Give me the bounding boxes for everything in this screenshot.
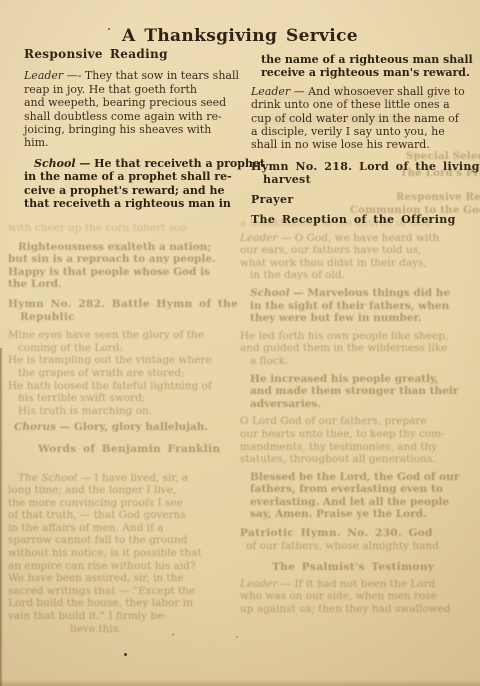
text-block: Leader — O God, we have heard withour ea… <box>240 232 468 282</box>
speaker-label: The School <box>18 472 77 484</box>
text-line: The School — I have lived, sir, a <box>8 472 236 485</box>
line-text: an empire can rise without his aid? <box>8 560 196 572</box>
line-text: sparrow cannot fall to the ground <box>8 534 188 546</box>
line-text: a disciple, verily I say unto you, he <box>251 125 445 138</box>
text-line: Hymn No. 218. Lord of the living <box>251 160 469 173</box>
line-text: the grapes of wrath are stored; <box>18 367 185 379</box>
line-text: everlasting. And let all the people <box>250 496 449 508</box>
text-line: reap in joy. He that goeth forth <box>24 83 238 96</box>
line-text: who was on our side, when men rose <box>240 590 437 602</box>
text-line: School — Marvelous things did he <box>240 287 468 300</box>
line-text: fathers, from everlasting even to <box>250 483 443 495</box>
text-line: a flock. <box>240 355 468 368</box>
line-text: drink unto one of these little ones a <box>251 98 450 111</box>
text-line: We have been assured, sir, in the <box>8 572 236 585</box>
line-text: — Marvelous things did he <box>290 287 450 299</box>
page-bottom-edge-shadow <box>0 679 480 686</box>
text-line: with cheer up the corn tobert son <box>8 222 236 235</box>
text-line: Leader — O God, we have heard with <box>240 232 468 245</box>
line-text: Words of Benjamin Franklin <box>38 443 220 455</box>
line-text: — If it had not been the Lord <box>277 578 435 590</box>
text-line: mandments, thy testimonies, and thy <box>240 441 468 454</box>
text-line: everlasting. And let all the people <box>240 496 468 509</box>
responsive-reading-heading: Responsive Reading <box>24 48 238 61</box>
line-text: his terrible swift sword; <box>18 392 145 404</box>
line-text: mandments, thy testimonies, and thy <box>240 441 437 453</box>
text-block: The School — I have lived, sir, along ti… <box>8 472 236 636</box>
text-line: our hearts unto thee, to keep thy com- <box>240 428 468 441</box>
text-line: Lord build the house, they labor in <box>8 597 236 610</box>
line-text: Patriotic Hymn. No. 230. God <box>240 527 433 539</box>
text-line: The Psalmist's Testimony <box>240 561 468 574</box>
text-line: He led forth his own people like sheep, <box>240 330 468 343</box>
text-block: O Lord God of our fathers, prepareour he… <box>240 415 468 465</box>
text-line: long time; and the longer I live, <box>8 484 236 497</box>
line-text: harvest <box>263 173 311 186</box>
text-block: He increased his people greatly,and made… <box>240 373 468 411</box>
text-line: and weepeth, bearing precious seed <box>24 96 238 109</box>
line-text: with cheer up the corn tobert son <box>8 222 187 234</box>
ink-speck <box>172 633 174 636</box>
text-line: Leader —- They that sow in tears shall <box>24 69 238 82</box>
line-text: in the days of old. <box>250 269 345 281</box>
line-text: O Lord God of our fathers, prepare <box>240 415 427 427</box>
line-text: coming of the Lord: <box>18 342 123 354</box>
text-line: Patriotic Hymn. No. 230. God <box>240 527 468 540</box>
text-block: Blessed be the Lord, the God of ourfathe… <box>240 471 468 521</box>
text-block: Leader —- They that sow in tears shallre… <box>24 69 238 149</box>
text-line: Prayer <box>251 193 469 206</box>
line-text: He increased his people greatly, <box>250 373 439 385</box>
text-line: our ears, our fathers have told us, <box>240 244 468 257</box>
line-text: him. <box>24 136 49 149</box>
line-text: Republic <box>20 311 75 323</box>
line-text: statutes, throughout all generations. <box>240 453 435 465</box>
text-line: He increased his people greatly, <box>240 373 468 386</box>
text-line: sacred writings that — “Except the <box>8 585 236 598</box>
line-text: shall doubtless come again with re- <box>24 110 222 123</box>
text-block: Words of Benjamin Franklin <box>8 443 236 456</box>
line-text: Blessed be the Lord, the God of our <box>250 471 459 483</box>
line-text: He hath loosed the fateful lightning of <box>8 380 212 392</box>
text-line: the Lord. <box>8 278 236 291</box>
line-text: our ears, our fathers have told us, <box>240 244 421 256</box>
left-column-body: Leader —- They that sow in tears shallre… <box>24 69 238 210</box>
line-text: lieve this. <box>70 623 121 635</box>
line-text: vain that build it.” I firmly be- <box>8 610 167 622</box>
text-block: Chorus — Glory, glory hallelujah. <box>8 421 236 434</box>
bleedthrough-right-column: a thankfulness to the church of GodLeade… <box>240 217 468 616</box>
speaker-label: Leader <box>251 85 290 98</box>
speaker-label: School <box>34 157 76 170</box>
text-line: cup of cold water only in the name of <box>251 112 469 125</box>
text-line: Chorus — Glory, glory hallelujah. <box>8 421 236 434</box>
line-text: Happy is that people whose God is <box>8 266 210 278</box>
text-line: statutes, throughout all generations. <box>240 453 468 466</box>
speaker-label: Leader <box>240 232 277 244</box>
text-line: fathers, from everlasting even to <box>240 483 468 496</box>
text-block: School — He that receiveth a prophetin t… <box>24 157 238 211</box>
text-line: say, Amen. Praise ye the Lord. <box>240 508 468 521</box>
text-line: O Lord God of our fathers, prepare <box>240 415 468 428</box>
text-block: Patriotic Hymn. No. 230. Godof our fathe… <box>240 527 468 552</box>
line-text: His truth is marching on. <box>18 405 152 417</box>
text-line: sparrow cannot fall to the ground <box>8 534 236 547</box>
line-text: and weepeth, bearing precious seed <box>24 96 226 109</box>
line-text: but sin is a reproach to any people. <box>8 253 216 265</box>
line-text: He is trampling out the vintage where <box>8 354 212 366</box>
line-text: receive a righteous man's reward. <box>261 66 470 79</box>
line-text: Prayer <box>251 193 293 206</box>
bleedthrough-left-column: with cheer up the corn tobert sonRighteo… <box>8 222 236 635</box>
line-text: — I have lived, sir, a <box>77 472 188 484</box>
text-line: in the days of old. <box>240 269 468 282</box>
text-line: what work thou didst in their days, <box>240 257 468 270</box>
line-text: that receiveth a righteous man in <box>24 197 231 210</box>
left-column: Responsive Reading Leader —- They that s… <box>24 48 238 210</box>
text-line: of that truth, — that God governs <box>8 509 236 522</box>
text-line: shall doubtless come again with re- <box>24 110 238 123</box>
line-text: Hymn No. 218. Lord of the living <box>251 160 480 173</box>
line-text: the Lord. <box>8 278 62 290</box>
text-line: in the name of a prophet shall re- <box>24 170 238 183</box>
line-text: — Glory, glory hallelujah. <box>56 421 208 433</box>
speaker-label: Leader <box>24 69 63 82</box>
text-line: an empire can rise without his aid? <box>8 560 236 573</box>
text-block: the name of a righteous man shallreceive… <box>251 53 469 80</box>
speaker-label: Leader <box>240 578 277 590</box>
line-text: — And whosoever shall give to <box>290 85 465 98</box>
line-text: in the affairs of men. And if a <box>8 522 163 534</box>
text-line: of our fathers, whose almighty hand <box>240 540 468 553</box>
right-column-body: the name of a righteous man shallreceive… <box>251 53 469 226</box>
text-line: the more convincing proofs I see <box>8 497 236 510</box>
text-line: in the sight of their fathers, when <box>240 300 468 313</box>
text-block: The Psalmist's Testimony <box>240 561 468 574</box>
line-text: — O God, we have heard with <box>277 232 439 244</box>
text-line: a disciple, verily I say unto you, he <box>251 125 469 138</box>
text-line: Righteousness exalteth a nation; <box>8 241 236 254</box>
text-block: Hymn No. 282. Battle Hymn of theRepublic <box>8 298 236 323</box>
text-line: the name of a righteous man shall <box>251 53 469 66</box>
text-line: Mine eyes have seen the glory of the <box>8 329 236 342</box>
text-line: School — He that receiveth a prophet <box>24 157 238 170</box>
right-column: the name of a righteous man shallreceive… <box>251 53 469 226</box>
text-line: and made them stronger than their <box>240 385 468 398</box>
text-line: coming of the Lord: <box>8 342 236 355</box>
line-text: and made them stronger than their <box>250 385 458 397</box>
text-line: Leader — If it had not been the Lord <box>240 578 468 591</box>
page-title: A Thanksgiving Service <box>0 26 480 46</box>
page-left-edge-shadow <box>0 348 3 686</box>
line-text: the name of a righteous man shall <box>261 53 473 66</box>
line-text: shall in no wise lose his reward. <box>251 138 430 151</box>
line-text: up against us; then they had swallowed <box>240 603 451 615</box>
line-text: The Psalmist's Testimony <box>272 561 434 573</box>
text-line: Republic <box>8 311 236 324</box>
text-line: who was on our side, when men rose <box>240 590 468 603</box>
text-line: The Reception of the Offering <box>251 213 469 226</box>
line-text: and guided them in the wilderness like <box>240 342 447 354</box>
line-text: in the name of a prophet shall re- <box>24 170 232 183</box>
text-line: him. <box>24 136 238 149</box>
line-text: cup of cold water only in the name of <box>251 112 459 125</box>
line-text: our hearts unto thee, to keep thy com- <box>240 428 445 440</box>
line-text: say, Amen. Praise ye the Lord. <box>250 508 427 520</box>
text-block: Leader — If it had not been the Lordwho … <box>240 578 468 616</box>
text-block: Leader — And whosoever shall give todrin… <box>251 85 469 152</box>
text-block: Mine eyes have seen the glory of thecomi… <box>8 329 236 417</box>
line-text: without his notice, is it possible that <box>8 547 202 559</box>
text-line: shall in no wise lose his reward. <box>251 138 469 151</box>
line-text: Mine eyes have seen the glory of the <box>8 329 204 341</box>
text-block: Prayer <box>251 193 469 206</box>
text-block: Righteousness exalteth a nation;but sin … <box>8 241 236 291</box>
scanned-book-page: { "palette": { "paper": "#e9d6aa", "ink"… <box>0 0 480 686</box>
text-block: He led forth his own people like sheep,a… <box>240 330 468 368</box>
text-line: that receiveth a righteous man in <box>24 197 238 210</box>
text-block: Hymn No. 218. Lord of the livingharvest <box>251 160 469 187</box>
speaker-label: School <box>250 287 290 299</box>
line-text: reap in joy. He that goeth forth <box>24 83 197 96</box>
line-text: long time; and the longer I live, <box>8 484 176 496</box>
line-text: Lord build the house, they labor in <box>8 597 193 609</box>
text-block: The Reception of the Offering <box>251 213 469 226</box>
line-text: of that truth, — that God governs <box>8 509 186 521</box>
line-text: We have been assured, sir, in the <box>8 572 184 584</box>
ink-speck <box>124 653 127 656</box>
text-line: Leader — And whosoever shall give to <box>251 85 469 98</box>
line-text: — He that receiveth a prophet <box>76 157 266 170</box>
line-text: —- They that sow in tears shall <box>63 69 239 82</box>
speaker-label: Chorus <box>14 421 56 433</box>
text-line: He hath loosed the fateful lightning of <box>8 380 236 393</box>
text-line: Hymn No. 282. Battle Hymn of the <box>8 298 236 311</box>
text-line: His truth is marching on. <box>8 405 236 418</box>
text-line: He is trampling out the vintage where <box>8 354 236 367</box>
text-line: without his notice, is it possible that <box>8 547 236 560</box>
text-line: up against us; then they had swallowed <box>240 603 468 616</box>
text-line: in the affairs of men. And if a <box>8 522 236 535</box>
text-line: Happy is that people whose God is <box>8 266 236 279</box>
ink-speck <box>236 636 238 638</box>
text-line: Blessed be the Lord, the God of our <box>240 471 468 484</box>
line-text: ceive a prophet's reward; and he <box>24 184 224 197</box>
line-text: sacred writings that — “Except the <box>8 585 195 597</box>
text-line: and guided them in the wilderness like <box>240 342 468 355</box>
line-text: they were but few in number. <box>250 312 422 324</box>
line-text: Righteousness exalteth a nation; <box>18 241 211 253</box>
line-text: joicing, bringing his sheaves with <box>24 123 211 136</box>
text-line: Words of Benjamin Franklin <box>8 443 236 456</box>
ink-speck <box>108 28 110 30</box>
text-line: receive a righteous man's reward. <box>251 66 469 79</box>
line-text: He led forth his own people like sheep, <box>240 330 448 342</box>
text-line: the grapes of wrath are stored; <box>8 367 236 380</box>
text-line: but sin is a reproach to any people. <box>8 253 236 266</box>
text-line: lieve this. <box>8 623 236 636</box>
text-line: joicing, bringing his sheaves with <box>24 123 238 136</box>
text-line: drink unto one of these little ones a <box>251 98 469 111</box>
text-line: vain that build it.” I firmly be- <box>8 610 236 623</box>
text-block: with cheer up the corn tobert son <box>8 222 236 235</box>
line-text: of our fathers, whose almighty hand <box>246 540 439 552</box>
line-text: what work thou didst in their days, <box>240 257 427 269</box>
text-line: his terrible swift sword; <box>8 392 236 405</box>
line-text: adversaries. <box>250 398 321 410</box>
line-text: The Reception of the Offering <box>251 213 456 226</box>
line-text: the more convincing proofs I see <box>8 497 183 509</box>
text-line: adversaries. <box>240 398 468 411</box>
text-block: School — Marvelous things did hein the s… <box>240 287 468 325</box>
text-line: harvest <box>251 173 469 186</box>
line-text: in the sight of their fathers, when <box>250 300 449 312</box>
text-line: they were but few in number. <box>240 312 468 325</box>
line-text: Hymn No. 282. Battle Hymn of the <box>8 298 238 310</box>
line-text: a flock. <box>250 355 289 367</box>
text-line: ceive a prophet's reward; and he <box>24 184 238 197</box>
